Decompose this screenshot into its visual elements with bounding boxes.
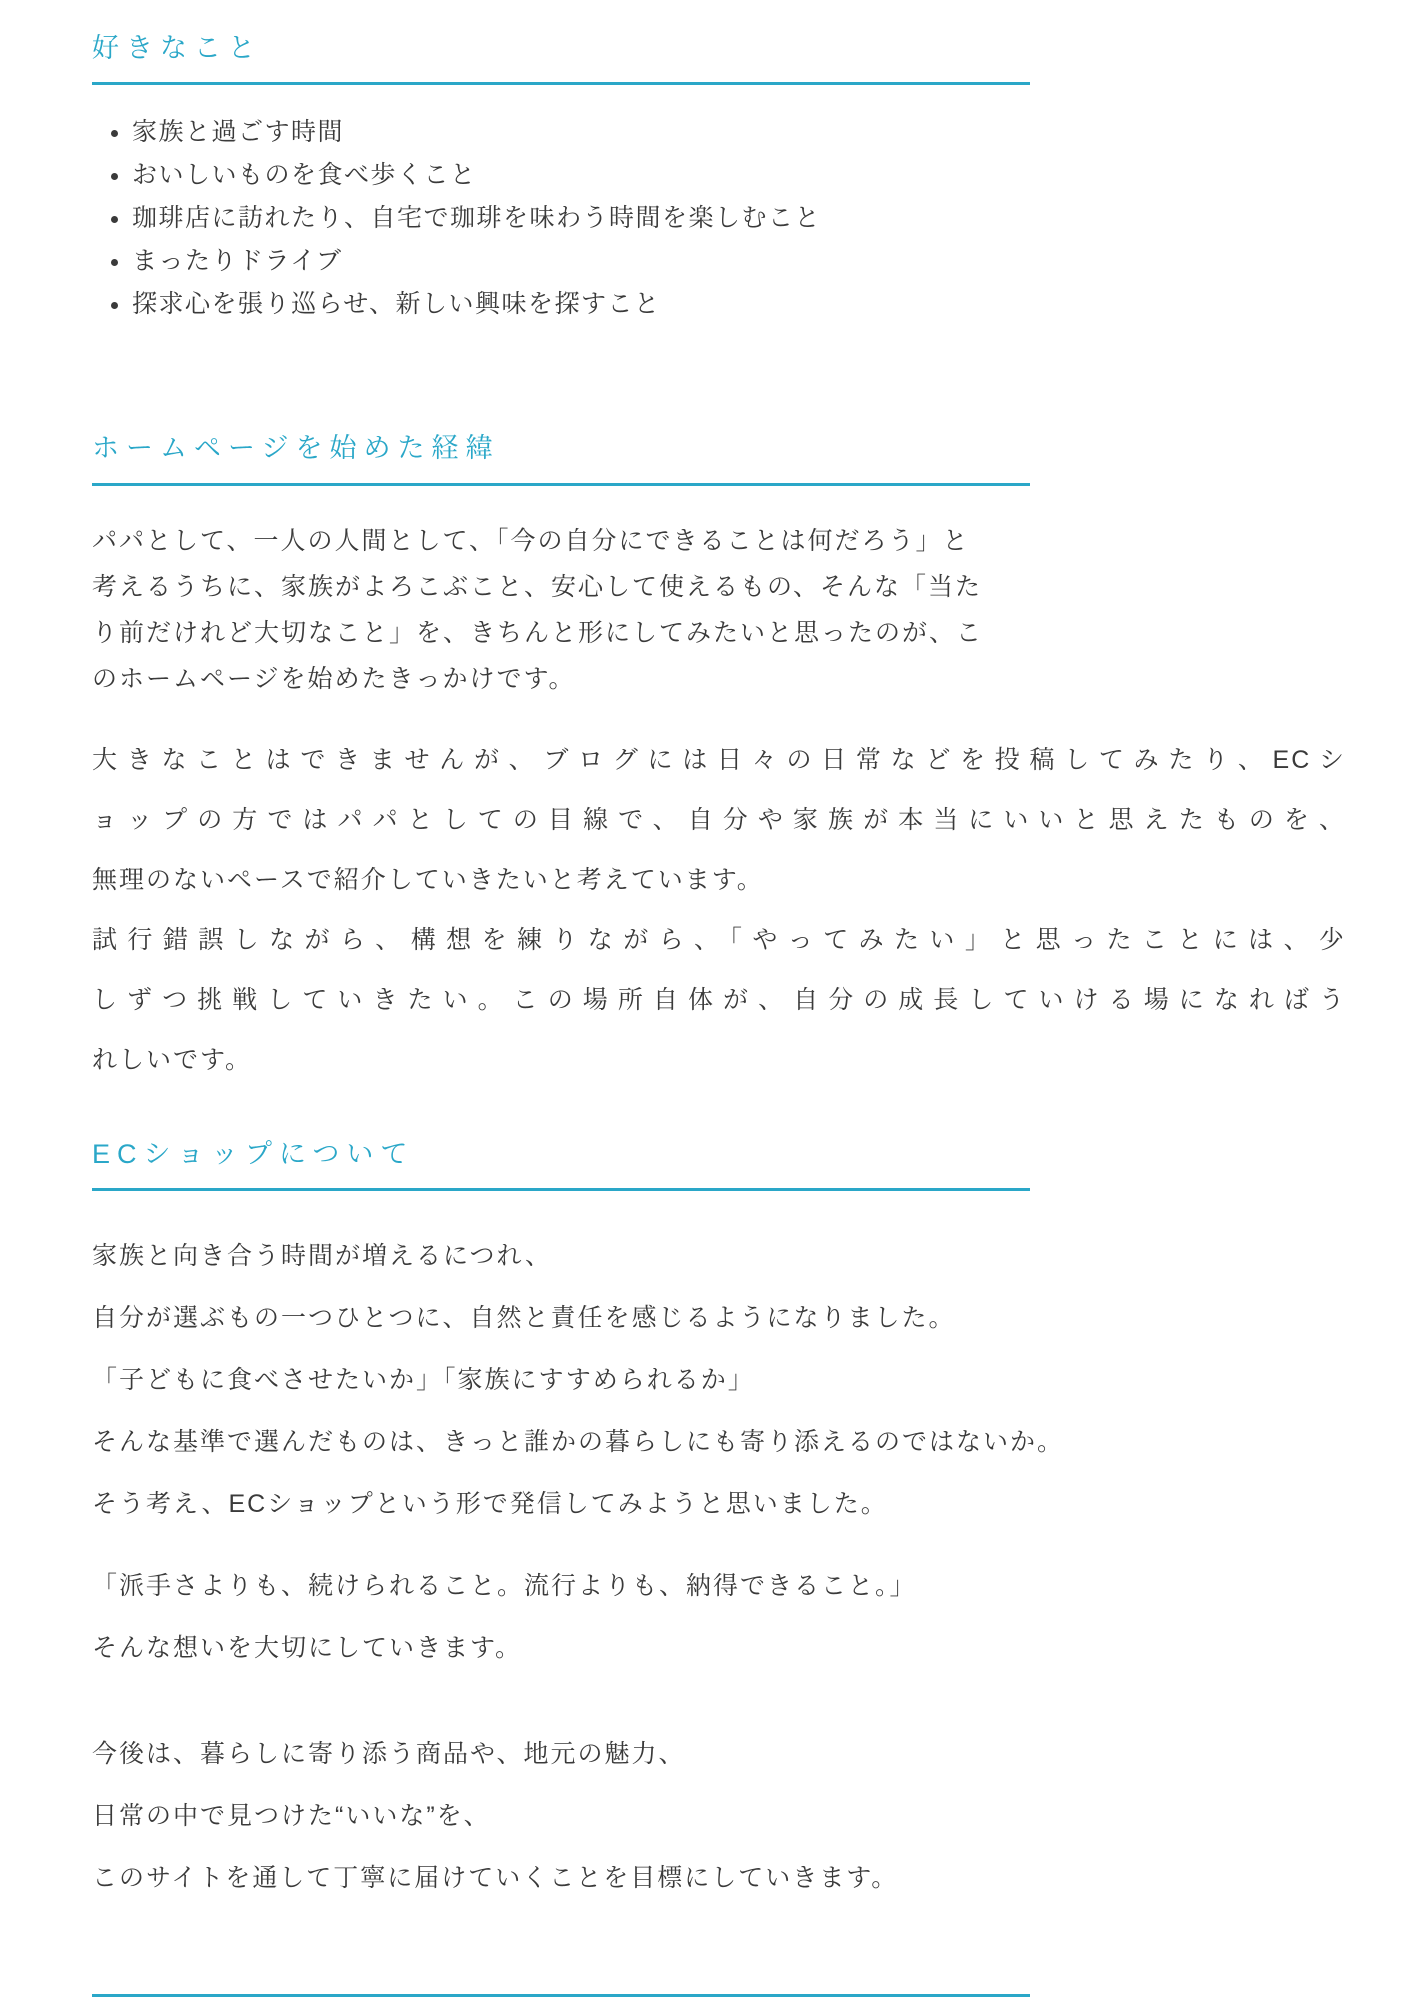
paragraph-line: り前だけれど大切なこと」を、きちんと形にしてみたいと思ったのが、こ — [92, 610, 1346, 656]
section-ecshop-header: ECショップについて — [92, 1138, 1030, 1191]
ecshop-paragraph-2: 「派手さよりも、続けられること。流行よりも、納得できること。」 そんな想いを大切… — [92, 1555, 1346, 1679]
paragraph-line: そんな基準で選んだものは、きっと誰かの暮らしにも寄り添えるのではないか。 — [92, 1411, 1346, 1473]
section-ecshop-title: ECショップについて — [92, 1138, 1030, 1170]
about-page: 好きなこと 家族と過ごす時間 おいしいものを食べ歩くこと 珈琲店に訪れたり、自宅… — [0, 0, 1414, 2000]
paragraph-line: 試行錯誤しながら、構想を練りながら、「やってみたい」と思ったことには、少 — [92, 910, 1346, 970]
paragraph-line: 日常の中で見つけた“いいな”を、 — [92, 1785, 1346, 1847]
likes-list-item: まったりドライブ — [132, 240, 1346, 283]
section-likes-title: 好きなこと — [92, 32, 1030, 64]
paragraph-line: 大きなことはできませんが、ブログには日々の日常などを投稿してみたり、ECシ — [92, 730, 1346, 790]
paragraph-line: しずつ挑戦していきたい。この場所自体が、自分の成長していける場になればう — [92, 970, 1346, 1030]
section-history-title: ホームページを始めた経緯 — [92, 432, 1030, 464]
paragraph-line: パパとして、一人の人間として、「今の自分にできることは何だろう」と — [92, 518, 1346, 564]
section-history-header: ホームページを始めた経緯 — [92, 432, 1030, 485]
paragraph-line: のホームページを始めたきっかけです。 — [92, 656, 1346, 702]
paragraph-line: 今後は、暮らしに寄り添う商品や、地元の魅力、 — [92, 1723, 1346, 1785]
history-paragraph-2: 大きなことはできませんが、ブログには日々の日常などを投稿してみたり、ECシ ョッ… — [92, 730, 1346, 1090]
paragraph-line: 考えるうちに、家族がよろこぶこと、安心して使えるもの、そんな「当た — [92, 564, 1346, 610]
likes-list-item: 探求心を張り巡らせ、新しい興味を探すこと — [132, 283, 1346, 326]
likes-list-item: 珈琲店に訪れたり、自宅で珈琲を味わう時間を楽しむこと — [132, 197, 1346, 240]
paragraph-line: 家族と向き合う時間が増えるにつれ、 — [92, 1225, 1346, 1287]
likes-list-item: おいしいものを食べ歩くこと — [132, 154, 1346, 197]
ecshop-paragraph-3: 今後は、暮らしに寄り添う商品や、地元の魅力、 日常の中で見つけた“いいな”を、 … — [92, 1723, 1346, 1909]
paragraph-line: れしいです。 — [92, 1030, 1346, 1090]
page-content: 好きなこと 家族と過ごす時間 おいしいものを食べ歩くこと 珈琲店に訪れたり、自宅… — [92, 0, 1346, 1909]
paragraph-line: 「派手さよりも、続けられること。流行よりも、納得できること。」 — [92, 1555, 1346, 1617]
paragraph-line: ョップの方ではパパとしての目線で、自分や家族が本当にいいと思えたものを、 — [92, 790, 1346, 850]
paragraph-line: このサイトを通して丁寧に届けていくことを目標にしていきます。 — [92, 1847, 1346, 1909]
paragraph-line: そんな想いを大切にしていきます。 — [92, 1617, 1346, 1679]
likes-list-item: 家族と過ごす時間 — [132, 111, 1346, 154]
ecshop-paragraph-1: 家族と向き合う時間が増えるにつれ、 自分が選ぶもの一つひとつに、自然と責任を感じ… — [92, 1225, 1346, 1535]
paragraph-line: そう考え、ECショップという形で発信してみようと思いました。 — [92, 1473, 1346, 1535]
history-paragraph-1: パパとして、一人の人間として、「今の自分にできることは何だろう」と 考えるうちに… — [92, 518, 1346, 702]
paragraph-line: 無理のないペースで紹介していきたいと考えています。 — [92, 850, 1346, 910]
likes-list: 家族と過ごす時間 おいしいものを食べ歩くこと 珈琲店に訪れたり、自宅で珈琲を味わ… — [92, 111, 1346, 326]
paragraph-line: 「子どもに食べさせたいか」「家族にすすめられるか」 — [92, 1349, 1346, 1411]
paragraph-line: 自分が選ぶもの一つひとつに、自然と責任を感じるようになりました。 — [92, 1287, 1346, 1349]
next-section-divider — [92, 1994, 1030, 1997]
section-likes-header: 好きなこと — [92, 32, 1030, 85]
